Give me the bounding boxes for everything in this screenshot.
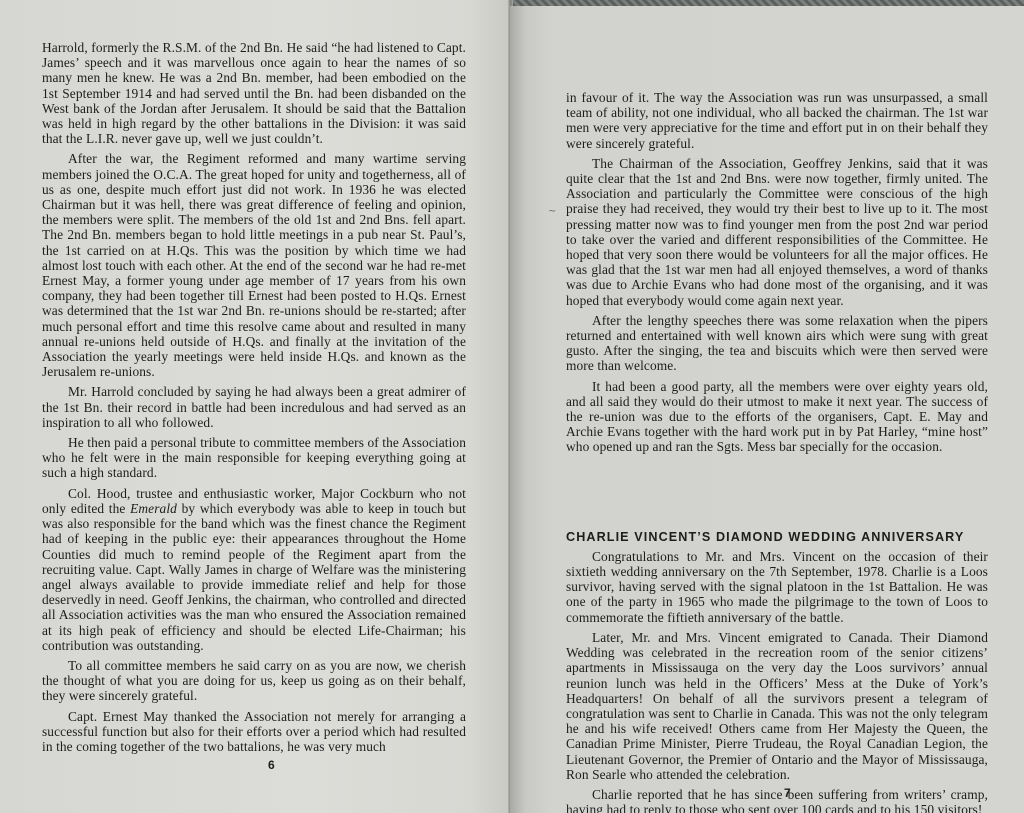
- paragraph: It had been a good party, all the member…: [566, 379, 988, 455]
- paragraph: Congratulations to Mr. and Mrs. Vincent …: [566, 549, 988, 625]
- paragraph: in favour of it. The way the Association…: [566, 90, 988, 151]
- page-number: 7: [784, 786, 791, 800]
- paragraph: To all committee members he said carry o…: [42, 658, 466, 704]
- paragraph: Charlie reported that he has since been …: [566, 787, 988, 813]
- paragraph: After the lengthy speeches there was som…: [566, 313, 988, 374]
- paragraph: After the war, the Regiment reformed and…: [42, 151, 466, 379]
- left-page-text: Harrold, formerly the R.S.M. of the 2nd …: [42, 40, 466, 754]
- paragraph: Col. Hood, trustee and enthusiastic work…: [42, 486, 466, 653]
- page-number: 6: [268, 758, 275, 772]
- section-gap: [566, 460, 988, 530]
- left-page: Harrold, formerly the R.S.M. of the 2nd …: [0, 0, 510, 813]
- paragraph: Mr. Harrold concluded by saying he had a…: [42, 384, 466, 430]
- paragraph-text: by which everybody was able to keep in t…: [42, 501, 466, 653]
- publication-title: Emerald: [130, 501, 177, 516]
- right-page-text: ∼ in favour of it. The way the Associati…: [566, 90, 988, 813]
- paragraph: Later, Mr. and Mrs. Vincent emigrated to…: [566, 630, 988, 782]
- section-heading: CHARLIE VINCENT’S DIAMOND WEDDING ANNIVE…: [566, 530, 988, 545]
- paragraph: Harrold, formerly the R.S.M. of the 2nd …: [42, 40, 466, 146]
- paragraph: He then paid a personal tribute to commi…: [42, 435, 466, 481]
- paragraph: The Chairman of the Association, Geoffre…: [566, 156, 988, 308]
- pen-mark-icon: ∼: [548, 204, 556, 210]
- right-page: ∼ in favour of it. The way the Associati…: [510, 6, 1024, 813]
- paragraph: Capt. Ernest May thanked the Association…: [42, 709, 466, 755]
